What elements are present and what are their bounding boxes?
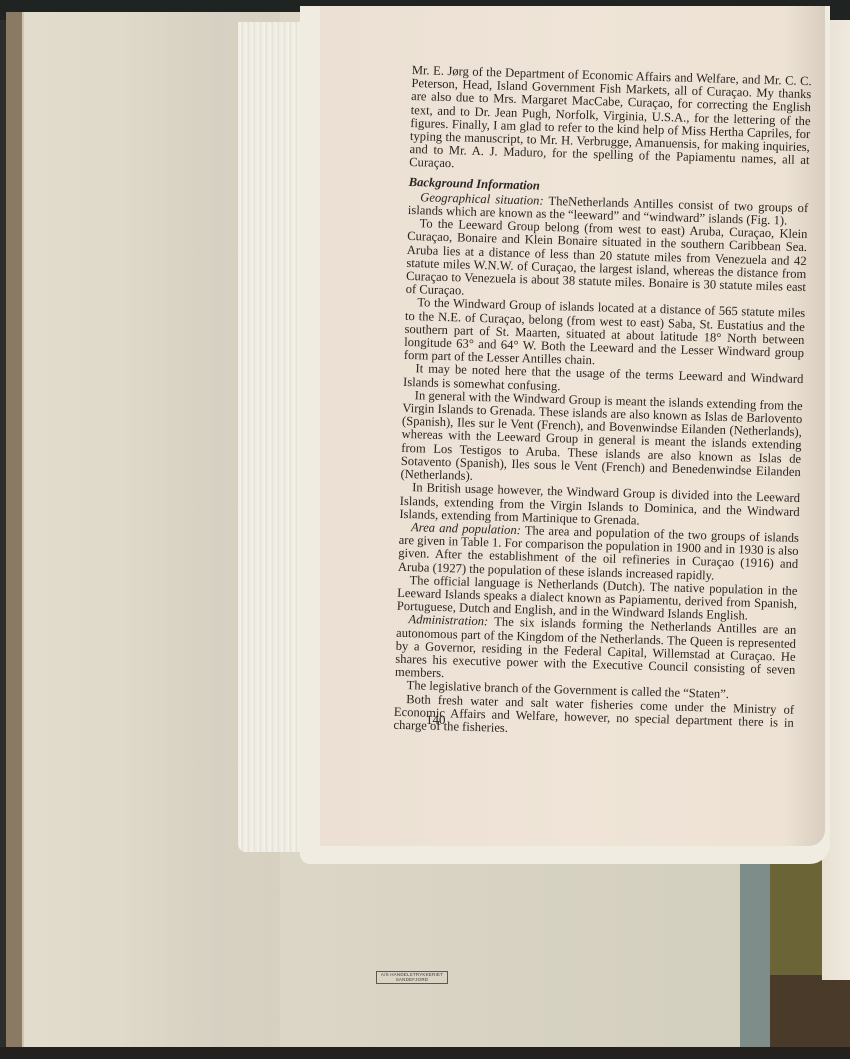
paragraph: To the Leeward Group belong (from west t… <box>406 217 808 307</box>
background-wood <box>770 975 850 1055</box>
background-bottom <box>0 1047 850 1059</box>
paragraph: In general with the Windward Group is me… <box>400 389 802 493</box>
page-text: Mr. E. Jørg of the Department of Economi… <box>393 64 812 743</box>
background-olive <box>770 860 830 980</box>
paragraph: To the Windward Group of islands located… <box>404 296 806 373</box>
background-cloth <box>740 860 770 1050</box>
page-number: 140 <box>426 712 446 728</box>
printer-stamp: A/S HANDELSTRYKKERIET SANDEFJORD <box>376 971 448 984</box>
paragraph: Administration: The six islands forming … <box>395 613 797 690</box>
stamp-line-2: SANDEFJORD <box>377 977 447 982</box>
acknowledgements-paragraph: Mr. E. Jørg of the Department of Economi… <box>409 64 812 181</box>
